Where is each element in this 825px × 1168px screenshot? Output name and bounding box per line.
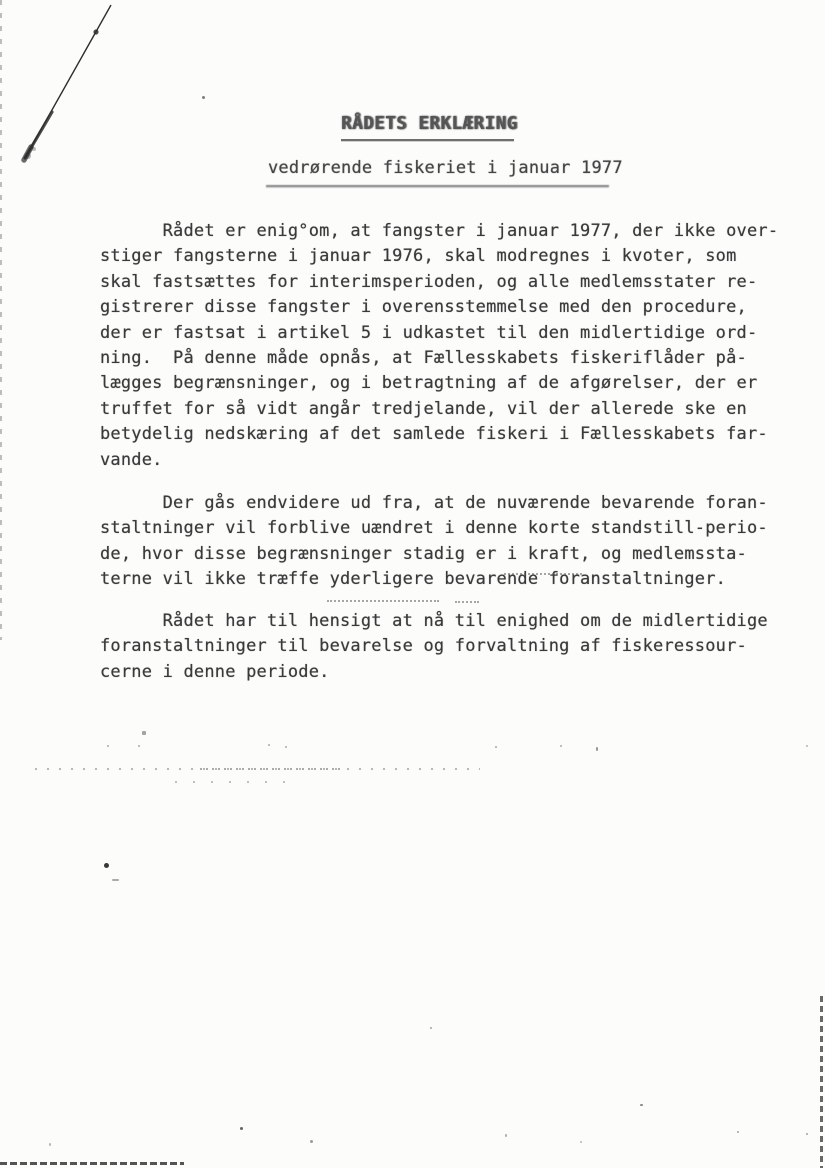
text-line: ning. På denne måde opnås, at Fællesskab… (100, 346, 778, 371)
text-line: truffet for så vidt angår tredjelande, v… (100, 397, 778, 422)
speckle-row (175, 781, 287, 783)
text-line: de, hvor disse begrænsninger stadig er i… (100, 542, 768, 567)
scanned-document-page: RÅDETS ERKLÆRING vedrørende fiskeriet i … (0, 0, 825, 1168)
page-subtitle: vedrørende fiskeriet i januar 1977 (268, 158, 623, 178)
paragraph-3: Rådet har til hensigt at nå til enighed … (100, 609, 768, 685)
speck (505, 1134, 507, 1137)
paragraph-1: Rådet er enig°om, at fangster i januar 1… (100, 219, 778, 473)
speck (640, 1104, 643, 1106)
text-line: gistrerer disse fangster i overensstemme… (100, 295, 778, 320)
speck (285, 746, 287, 748)
text-line: Rådet har til hensigt at nå til enighed … (100, 609, 768, 634)
text-line: stiger fangsterne i januar 1976, skal mo… (100, 244, 778, 269)
paragraph-2: Der gås endvidere ud fra, at de nuværend… (100, 491, 768, 593)
title-underline (341, 139, 514, 141)
text-line: foranstaltninger til bevarelse og forval… (100, 634, 768, 659)
ink-dot (104, 863, 109, 868)
speck (310, 1140, 313, 1143)
pencil-underline-yderligere (327, 598, 439, 602)
speck (806, 745, 808, 747)
speck (737, 1131, 739, 1133)
speck (596, 747, 598, 751)
text-line: betydelig nedskæring af det samlede fisk… (100, 422, 778, 447)
speck (142, 731, 146, 735)
bottom-edge-scan-artifact (0, 1162, 184, 1165)
text-line: vande. (100, 448, 778, 473)
text-line: skal fastsættes for interimsperioden, og… (100, 270, 778, 295)
speck (430, 1027, 432, 1029)
smudge (112, 879, 119, 881)
speck (49, 1143, 51, 1146)
text-line: cerne i denne periode. (100, 660, 768, 685)
speck (495, 746, 497, 748)
speck (580, 1141, 582, 1143)
text-line: Der gås endvidere ud fra, at de nuværend… (100, 491, 768, 516)
speckle-row (200, 768, 340, 770)
text-line: Rådet er enig°om, at fangster i januar 1… (100, 219, 778, 244)
page-title: RÅDETS ERKLÆRING (341, 114, 518, 134)
pencil-underline-extra (455, 599, 479, 603)
text-line: staltninger vil forblive uændret i denne… (100, 516, 768, 541)
pencil-underline-kraft (504, 571, 582, 575)
text-line: terne vil ikke træffe yderligere bevaren… (100, 567, 768, 592)
speck (240, 1127, 243, 1130)
subtitle-underline (266, 185, 609, 187)
speck (806, 1133, 808, 1135)
speck (268, 744, 270, 746)
speck (202, 96, 205, 99)
pen-stroke-artifact (0, 0, 140, 180)
text-line: lægges begrænsninger, og i betragtning a… (100, 371, 778, 396)
speck (560, 745, 562, 747)
right-edge-scan-artifact (820, 996, 823, 1168)
text-line: der er fastsat i artikel 5 i udkastet ti… (100, 321, 778, 346)
speck (138, 745, 140, 747)
speck (107, 745, 109, 747)
